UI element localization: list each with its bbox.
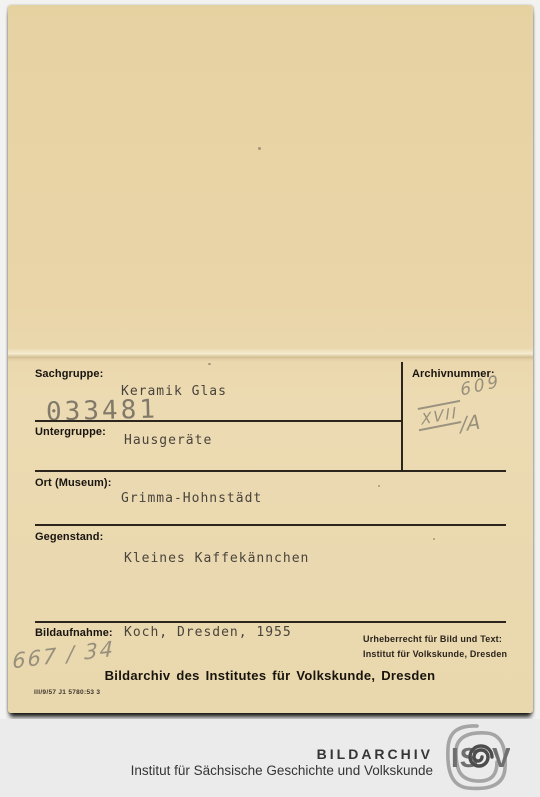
untergruppe-label: Untergruppe: <box>35 426 106 438</box>
untergruppe-value: Hausgeräte <box>124 433 212 448</box>
gegenstand-value: Kleines Kaffekännchen <box>124 551 309 566</box>
inventory-number-stamp: 033481 <box>46 395 159 428</box>
rule-under-sachgruppe <box>35 420 401 422</box>
archivnummer-divider <box>401 362 403 470</box>
bildaufnahme-label: Bildaufnahme: <box>35 627 113 639</box>
paper-speck <box>378 485 380 487</box>
paper-speck <box>433 538 435 540</box>
copyright-line1: Urheberrecht für Bild und Text: <box>363 634 528 644</box>
archivnummer-pencil-suffix: /A <box>459 409 480 436</box>
copyright-line2: Institut für Volkskunde, Dresden <box>363 649 528 659</box>
archive-card: Sachgruppe: Keramik Glas 033481 Archivnu… <box>8 5 533 713</box>
bildaufnahme-value: Koch, Dresden, 1955 <box>124 625 292 640</box>
archivnummer-pencil-roman: XVII <box>418 400 462 431</box>
paper-speck <box>258 147 261 150</box>
bildarchiv-banner: BILDARCHIV Institut für Sächsische Gesch… <box>0 719 540 797</box>
svg-text:V: V <box>492 742 510 773</box>
gegenstand-label: Gegenstand: <box>35 531 103 543</box>
banner-subtitle: Institut für Sächsische Geschichte und V… <box>131 763 433 778</box>
ort-museum-value: Grimma-Hohnstädt <box>121 491 262 506</box>
card-imprint-line: Bildarchiv des Institutes für Volkskunde… <box>35 668 505 683</box>
print-order-code: III/9/57 J1 5780:53 3 <box>34 689 100 696</box>
isgv-logo-icon: IS V <box>444 722 510 794</box>
sachgruppe-label: Sachgruppe: <box>35 368 103 380</box>
rule-under-gegenstand <box>35 621 506 623</box>
rule-under-ort <box>35 524 506 526</box>
paper-speck <box>208 363 211 365</box>
fold-crease <box>8 348 533 362</box>
banner-title: BILDARCHIV <box>317 746 433 762</box>
scan-page: Sachgruppe: Keramik Glas 033481 Archivnu… <box>0 0 540 797</box>
rule-under-untergruppe <box>35 470 506 472</box>
ort-museum-label: Ort (Museum): <box>35 477 111 489</box>
